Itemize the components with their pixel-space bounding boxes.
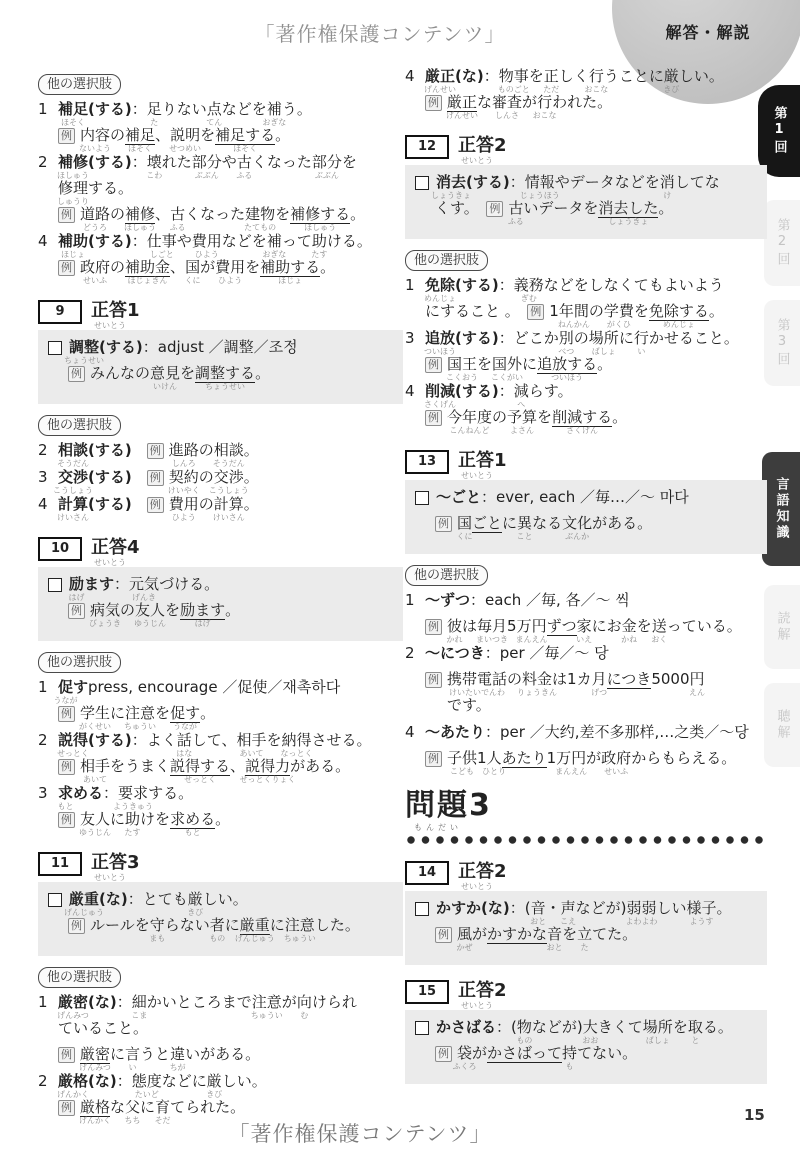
- text-segment: なる: [532, 515, 562, 532]
- text-segment: 点てん: [207, 101, 222, 118]
- furigana: ちが: [170, 1063, 186, 1072]
- furigana: しんろ: [172, 459, 196, 468]
- text-segment: を: [200, 127, 215, 144]
- text-segment: ～につき: [425, 645, 485, 662]
- text-segment: 場所ばしょ: [589, 330, 619, 347]
- text-segment: の: [199, 469, 214, 486]
- definition-box: かさばる：(物ものなどが)大おおきくて場所ばしょを取とる。例袋ふくろがかさばって…: [405, 1010, 767, 1084]
- text-segment: 、: [155, 127, 170, 144]
- text-segment: する。: [148, 785, 193, 802]
- text-segment: や: [222, 154, 237, 171]
- choice-item: 4計算けいさん(する) 例費用ひようの計算けいさん。: [38, 496, 403, 522]
- furigana: ひよう: [172, 513, 196, 522]
- text-segment: ：: [496, 1019, 511, 1036]
- furigana: ついほう: [551, 373, 583, 382]
- text-segment: などに: [162, 1073, 207, 1090]
- text-segment: 別べつ: [559, 330, 574, 347]
- content-line: 厳重げんじゅう(な)：とても厳きびしい。: [48, 891, 395, 917]
- text-segment: ずつ: [547, 618, 577, 636]
- furigana: ちょうせい: [205, 382, 245, 391]
- example-marker: 例: [58, 812, 75, 828]
- furigana: よさん: [510, 426, 534, 435]
- text-segment: やデータなどを: [555, 174, 660, 191]
- text-segment: ：: [510, 174, 525, 191]
- text-segment: れた: [162, 154, 192, 171]
- text-segment: 国くに: [457, 515, 472, 532]
- text-segment: うと: [140, 1046, 170, 1063]
- furigana: そうだん: [57, 459, 89, 468]
- correct-answer-label: 正答2せいとう: [458, 135, 507, 156]
- content-line: くす。 例古ふるいデータを消去したしょうきょ。: [415, 200, 759, 226]
- text-segment: 計算けいさん: [58, 496, 88, 513]
- text-segment: ます: [84, 576, 114, 593]
- text-segment: ：: [499, 277, 514, 294]
- text-segment: 料金りょうきん: [522, 671, 552, 688]
- text-segment: 父ちち: [125, 1099, 140, 1116]
- text-segment: いデータを: [523, 200, 598, 217]
- choice-number: 1: [38, 679, 48, 696]
- text-segment: 友人ゆうじん: [135, 602, 165, 619]
- text-segment: 態度たいど: [132, 1073, 162, 1090]
- content-line: 調整ちょうせい(する)：adjust ／調整／조정: [48, 339, 395, 365]
- text-segment: に: [619, 330, 634, 347]
- choice-item: 1厳密げんみつ(な)：細こまかいところまで注意ちゅういが向むけられていること。例…: [38, 994, 403, 1072]
- side-tab-round-3: 第3回: [764, 300, 800, 386]
- text-segment: しい。: [679, 68, 724, 85]
- content-line: ～ずつ：each ／毎, 各／～ 씩: [425, 592, 767, 618]
- example-marker: 例: [527, 304, 544, 320]
- choice-item: 3交渉こうしょう(する) 例契約けいやくの交渉こうしょう。: [38, 469, 403, 495]
- answer-header: 9正答1せいとう: [38, 300, 403, 324]
- choice-number: 4: [38, 233, 48, 250]
- furigana: ばしょ: [646, 1036, 670, 1045]
- furigana: こと: [517, 532, 533, 541]
- side-tab-reading: 読解: [764, 585, 800, 669]
- content-line: かさばる：(物ものなどが)大おおきくて場所ばしょを取とる。: [415, 1019, 759, 1045]
- text-segment: 部分ぶぶん: [312, 154, 342, 171]
- furigana: ようす: [690, 917, 714, 926]
- text-segment: 説得せっとく: [58, 732, 88, 749]
- text-segment: 求めるもと: [170, 811, 215, 829]
- text-segment: 持も: [562, 1045, 577, 1062]
- question-number-box: 14: [405, 861, 449, 885]
- text-segment: からもらえる。: [631, 750, 736, 767]
- content-line: にすること 。 例1年間ねんかんの学費がくひを免除するめんじょ。: [425, 303, 767, 329]
- text-segment: けを: [140, 811, 170, 828]
- text-segment: 。: [612, 409, 627, 426]
- furigana: ほしゅう: [124, 223, 156, 232]
- text-segment: 、: [170, 259, 185, 276]
- example-marker: 例: [425, 619, 442, 635]
- furigana: ひよう: [218, 276, 242, 285]
- text-segment: を: [267, 732, 282, 749]
- choice-number: 2: [38, 154, 48, 171]
- content-line: 相談そうだん(する) 例進路しんろの相談そうだん。: [58, 442, 403, 468]
- text-segment: 守まも: [150, 917, 165, 934]
- text-segment: 政府せいふ: [601, 750, 631, 767]
- text-segment: 。: [215, 811, 230, 828]
- choice-number: 3: [38, 469, 48, 486]
- text-segment: 注意ちゅうい: [125, 705, 155, 722]
- choice-number: 1: [38, 994, 48, 1011]
- text-segment: の: [492, 409, 507, 426]
- furigana: うなが: [54, 696, 78, 705]
- text-segment: 学生がくせい: [80, 705, 110, 722]
- question-number-box: 11: [38, 852, 82, 876]
- text-segment: 厳きび: [188, 891, 203, 908]
- text-segment: 厳きび: [664, 68, 679, 85]
- text-segment: 。: [597, 356, 612, 373]
- text-segment: 部分ぶぶん: [192, 154, 222, 171]
- text-segment: 。: [350, 206, 365, 223]
- text-segment: ルールを: [90, 917, 150, 934]
- text-segment: がある。: [592, 515, 652, 532]
- text-segment: 相手あいて: [80, 758, 110, 775]
- furigana: いえ: [576, 635, 592, 644]
- text-segment: 送おく: [652, 618, 667, 635]
- furigana: まんえん: [555, 767, 587, 776]
- furigana: ほじょきん: [128, 276, 168, 285]
- text-segment: 審査しんさ: [492, 94, 522, 111]
- furigana: こくがい: [491, 373, 523, 382]
- definition-box: 厳重げんじゅう(な)：とても厳きびしい。例ルールを守まもらない者ものに厳重げんじ…: [38, 882, 403, 956]
- text-segment: ：: [117, 1073, 132, 1090]
- text-segment: の: [507, 671, 522, 688]
- text-segment: を: [537, 409, 552, 426]
- checkbox-square-icon: [48, 341, 62, 355]
- text-segment: 補修ほしゅう: [125, 206, 155, 224]
- text-segment: ：: [143, 339, 158, 356]
- problem-header: 問題3もんだい: [405, 790, 767, 846]
- text-segment: ～ずつ: [425, 592, 470, 609]
- text-segment: を: [245, 259, 260, 276]
- text-segment: 補修ほしゅう: [58, 154, 88, 171]
- furigana: はげ: [69, 593, 85, 602]
- text-segment: らない: [165, 917, 210, 934]
- text-segment: 消け: [660, 174, 675, 191]
- text-segment: 厳重げんじゅう: [69, 891, 99, 908]
- text-segment: 助たす: [125, 811, 140, 828]
- furigana: かね: [621, 635, 637, 644]
- text-segment: ：: [114, 576, 129, 593]
- text-segment: 義務ぎむ: [514, 277, 544, 294]
- choice-number: 4: [405, 724, 415, 741]
- other-options-row: 他の選択肢: [38, 73, 403, 95]
- example-marker: 例: [58, 1047, 75, 1063]
- text-segment: を: [637, 618, 652, 635]
- content-line: ～ごと：ever, each ／毎…／～ 마다: [415, 489, 759, 515]
- checkbox-square-icon: [48, 578, 62, 592]
- text-segment: 正ただ: [544, 68, 559, 85]
- furigana: ぶんか: [565, 532, 589, 541]
- text-segment: 仕事しごと: [147, 233, 177, 250]
- text-segment: する。: [88, 180, 133, 197]
- text-segment: 音おと: [547, 926, 562, 943]
- text-segment: 壊こわ: [147, 154, 162, 171]
- text-segment: にすること 。: [425, 303, 527, 320]
- text-segment: を: [529, 68, 544, 85]
- text-segment: 物事ものごと: [499, 68, 529, 85]
- text-segment: 追放ついほう: [425, 330, 455, 347]
- text-segment: 大おお: [583, 1019, 598, 1036]
- text-segment: 要求ようきゅう: [118, 785, 148, 802]
- text-segment: 消去したしょうきょ: [598, 200, 658, 218]
- furigana: せいとう: [91, 558, 129, 567]
- text-segment: 情報じょうほう: [525, 174, 555, 191]
- content-line: 消去しょうきょ(する)：情報じょうほうやデータなどを消けしてな: [415, 174, 759, 200]
- text-segment: を: [562, 926, 577, 943]
- choice-item: 3追放ついほう(する)：どこか別べつの場所ばしょに行いかせること。例国王こくおう…: [405, 330, 767, 382]
- text-segment: 計算けいさん: [214, 496, 244, 513]
- choice-number: 3: [38, 785, 48, 802]
- text-segment: 。: [717, 900, 732, 917]
- text-segment: って: [282, 233, 312, 250]
- choice-item: 3求もとめる：要求ようきゅうする。例友人ゆうじんに助たすけを求めるもと。: [38, 785, 403, 837]
- text-segment: 古ふる: [508, 200, 523, 217]
- text-segment: 交渉こうしょう: [214, 469, 244, 486]
- content-line: 求もとめる：要求ようきゅうする。: [58, 785, 403, 811]
- text-segment: 調整するちょうせい: [195, 365, 255, 383]
- page-number: 15: [744, 1106, 765, 1124]
- furigana: きび: [663, 85, 679, 94]
- text-segment: な: [110, 1099, 125, 1116]
- furigana: ふる: [236, 171, 252, 180]
- furigana: せいとう: [458, 156, 496, 165]
- content-line: 厳正げんせい(な)：物事ものごとを正ただしく行おこなうことに厳きびしい。: [425, 68, 767, 94]
- text-segment: (な): [88, 1073, 117, 1090]
- furigana: けいやく: [168, 486, 200, 495]
- furigana: せいとう: [91, 321, 129, 330]
- content-line: 例厳正げんせいな審査しんさが行おこなわれた。: [425, 94, 767, 120]
- text-segment: 補助金ほじょきん: [125, 259, 170, 277]
- text-segment: の: [120, 602, 135, 619]
- text-segment: てられた。: [170, 1099, 245, 1116]
- text-segment: 免除めんじょ: [425, 277, 455, 294]
- problem-title: 問題3もんだい: [405, 790, 492, 822]
- text-segment: 補助するほじょ: [260, 259, 320, 277]
- furigana: たてもの: [244, 223, 276, 232]
- furigana: ないよう: [79, 144, 111, 153]
- text-segment: 厳重げんじゅう: [240, 917, 270, 935]
- furigana: こくおう: [446, 373, 478, 382]
- text-segment: 進路しんろ: [169, 442, 199, 459]
- choice-item: 2～につき：per ／毎／～ 당例携帯電話けいたいでんわの料金りょうきんは1カ月…: [405, 645, 767, 723]
- choice-item: 2相談そうだん(する) 例進路しんろの相談そうだん。: [38, 442, 403, 468]
- choice-number: 1: [405, 277, 415, 294]
- example-marker: 例: [68, 366, 85, 382]
- text-segment: 国外こくがい: [492, 356, 522, 373]
- question-number-box: 10: [38, 537, 82, 561]
- furigana: びょうき: [89, 619, 121, 628]
- furigana: げんみつ: [79, 1063, 111, 1072]
- text-segment: 免除するめんじょ: [649, 303, 709, 321]
- text-segment: みんなの: [90, 365, 150, 382]
- furigana: りょうきん: [517, 688, 557, 697]
- text-segment: [132, 442, 147, 459]
- text-segment: の: [199, 496, 214, 513]
- choice-number: 2: [405, 645, 415, 662]
- furigana: た: [581, 943, 589, 952]
- content-line: 例袋ふくろがかさばって持もてない。: [415, 1045, 759, 1071]
- furigana: こわ: [146, 171, 162, 180]
- content-line: 例内容ないようの補足ほそく、説明せつめいを補足するほそく。: [58, 127, 403, 153]
- furigana: まいつき: [476, 635, 508, 644]
- text-segment: しい。: [203, 891, 248, 908]
- answer-header: 10正答4せいとう: [38, 537, 403, 561]
- text-segment: 古ふる: [170, 206, 185, 223]
- other-options-label: 他の選択肢: [38, 74, 121, 95]
- text-segment: ：: [485, 645, 500, 662]
- side-tab-listening: 聴解: [764, 683, 800, 767]
- content-line: 削減さくげん(する)：減へらす。: [425, 383, 767, 409]
- text-segment: 注意ちゅうい: [285, 917, 315, 934]
- furigana: ちゅうい: [124, 722, 156, 731]
- furigana: ほしゅう: [304, 223, 336, 232]
- text-segment: 細こま: [132, 994, 147, 1011]
- text-segment: などをしなくてもよいよう: [544, 277, 724, 294]
- content-line: かすか(な)：(音おと・声こえなどが)弱弱よわよわしい様子ようす。: [415, 900, 759, 926]
- content-line: 例国王こくおうを国外こくがいに追放するついほう。: [425, 356, 767, 382]
- definition-box: かすか(な)：(音おと・声こえなどが)弱弱よわよわしい様子ようす。例風かぜがかす…: [405, 891, 767, 965]
- content-line: 例学生がくせいに注意ちゅういを促すうなが。: [58, 705, 403, 731]
- choice-number: 2: [38, 732, 48, 749]
- text-segment: (する): [88, 469, 132, 486]
- text-segment: に: [270, 917, 285, 934]
- text-segment: 費用ひよう: [192, 233, 222, 250]
- text-segment: かすかな: [487, 926, 547, 944]
- text-segment: 。: [255, 365, 270, 382]
- other-options-row: 他の選択肢: [38, 651, 403, 673]
- text-segment: っている。: [667, 618, 742, 635]
- text-segment: きくて: [598, 1019, 643, 1036]
- text-segment: す: [73, 679, 88, 696]
- text-segment: などが): [532, 1019, 583, 1036]
- content-line: 例病気びょうきの友人ゆうじんを励ますはげ。: [48, 602, 395, 628]
- furigana: いけん: [153, 382, 177, 391]
- text-segment: ：: [128, 891, 143, 908]
- text-segment: 言い: [125, 1046, 140, 1063]
- text-segment: 削減さくげん: [425, 383, 455, 400]
- text-segment: 厳密げんみつ: [58, 994, 88, 1011]
- text-segment: 費用ひよう: [169, 496, 199, 513]
- text-segment: 万円まんえん: [517, 618, 547, 635]
- example-marker: 例: [425, 751, 442, 767]
- text-segment: ：: [132, 154, 147, 171]
- text-segment: 政府せいふ: [80, 259, 110, 276]
- checkbox-square-icon: [415, 176, 429, 190]
- furigana: めんじょ: [663, 320, 695, 329]
- text-segment: かさばる: [436, 1019, 496, 1036]
- text-segment: 円えん: [690, 671, 705, 688]
- text-segment: を: [155, 705, 170, 722]
- text-segment: てた。: [592, 926, 637, 943]
- furigana: おと: [547, 943, 563, 952]
- text-segment: ：: [132, 101, 147, 118]
- text-segment: 1: [547, 750, 557, 767]
- answer-header: 13正答1せいとう: [405, 450, 767, 474]
- text-segment: 病気びょうき: [90, 602, 120, 619]
- text-segment: を: [275, 206, 290, 223]
- content-line: 例彼かれは毎月まいつき5万円まんえんずつ家いえにお金かねを送おくっている。: [425, 618, 767, 644]
- text-segment: 文化ぶんか: [562, 515, 592, 532]
- side-tab-round-2: 第2回: [764, 200, 800, 286]
- correct-answer-label: 正答1せいとう: [458, 450, 507, 471]
- text-segment: しい: [657, 900, 687, 917]
- text-segment: に: [140, 1099, 155, 1116]
- text-segment: 。: [244, 442, 259, 459]
- text-segment: 今年度こんねんど: [447, 409, 492, 426]
- text-segment: が: [282, 994, 297, 1011]
- text-segment: 相談そうだん: [58, 442, 88, 459]
- text-segment: 厳正げんせい: [425, 68, 455, 85]
- furigana: かぜ: [457, 943, 473, 952]
- furigana: たす: [125, 828, 141, 837]
- text-segment: 行い: [634, 330, 649, 347]
- textbook-page: 解答・解説 「著作権保護コンテンツ」 第1回 第2回 第3回 言語知識 読解 聴…: [0, 0, 800, 1173]
- text-segment: てない。: [577, 1045, 637, 1062]
- text-segment: 減へ: [514, 383, 529, 400]
- text-segment: 説得力せっとくりょく: [245, 758, 290, 776]
- content-line: 例今年度こんねんどの予算よさんを削減するさくげん。: [425, 409, 767, 435]
- text-segment: 調整ちょうせい: [69, 339, 99, 356]
- furigana: どうろ: [83, 223, 107, 232]
- text-segment: 相手あいて: [236, 732, 266, 749]
- text-segment: 励はげ: [69, 576, 84, 593]
- furigana: そうだん: [213, 459, 245, 468]
- text-segment: 補足ほそく: [58, 101, 88, 118]
- text-segment: 年間ねんかん: [559, 303, 589, 320]
- furigana: ちゅうい: [284, 934, 316, 943]
- text-segment: 。: [244, 496, 259, 513]
- text-segment: や: [177, 233, 192, 250]
- correct-answer-label: 正答3せいとう: [91, 852, 140, 873]
- text-segment: 削減するさくげん: [552, 409, 612, 427]
- text-segment: に: [110, 1046, 125, 1063]
- furigana: と: [691, 1036, 699, 1045]
- text-segment: などを: [222, 101, 267, 118]
- text-segment: (する): [466, 174, 510, 191]
- example-marker: 例: [147, 443, 164, 459]
- text-segment: 相談そうだん: [214, 442, 244, 459]
- text-segment: (する): [88, 233, 132, 250]
- content-line: 厳格げんかく(な)：態度たいどなどに厳きびしい。: [58, 1073, 403, 1099]
- correct-answer-label: 正答2せいとう: [458, 861, 507, 882]
- text-segment: につき: [607, 671, 652, 689]
- choice-item: 4削減さくげん(する)：減へらす。例今年度こんねんどの予算よさんを削減するさくげ…: [405, 383, 767, 435]
- choice-item: 4補助ほじょ(する)：仕事しごとや費用ひようなどを補おぎなって助たすける。例政府…: [38, 233, 403, 285]
- example-marker: 例: [68, 603, 85, 619]
- text-segment: りない: [162, 101, 207, 118]
- text-segment: 携帯電話けいたいでんわ: [447, 671, 507, 688]
- example-marker: 例: [147, 497, 164, 513]
- furigana: せいふ: [83, 276, 107, 285]
- text-segment: ：: [499, 330, 514, 347]
- example-marker: 例: [425, 410, 442, 426]
- furigana: ぶぶん: [195, 171, 219, 180]
- content-line: 例国くにごとに異ことなる文化ぶんかがある。: [415, 515, 759, 541]
- text-segment: 納得なっとく: [282, 732, 312, 749]
- text-segment: してな: [675, 174, 720, 191]
- text-segment: 国王こくおう: [447, 356, 477, 373]
- content-line: 修理しゅうりする。: [58, 180, 403, 206]
- text-segment: 補おぎな: [267, 233, 282, 250]
- text-segment: しく: [559, 68, 589, 85]
- definition-box: 消去しょうきょ(する)：情報じょうほうやデータなどを消けしてなくす。 例古ふるい…: [405, 165, 767, 239]
- example-marker: 例: [425, 95, 442, 111]
- other-options-label: 他の選択肢: [38, 415, 121, 436]
- text-segment: 厳格げんかく: [80, 1099, 110, 1117]
- text-segment: の: [110, 206, 125, 223]
